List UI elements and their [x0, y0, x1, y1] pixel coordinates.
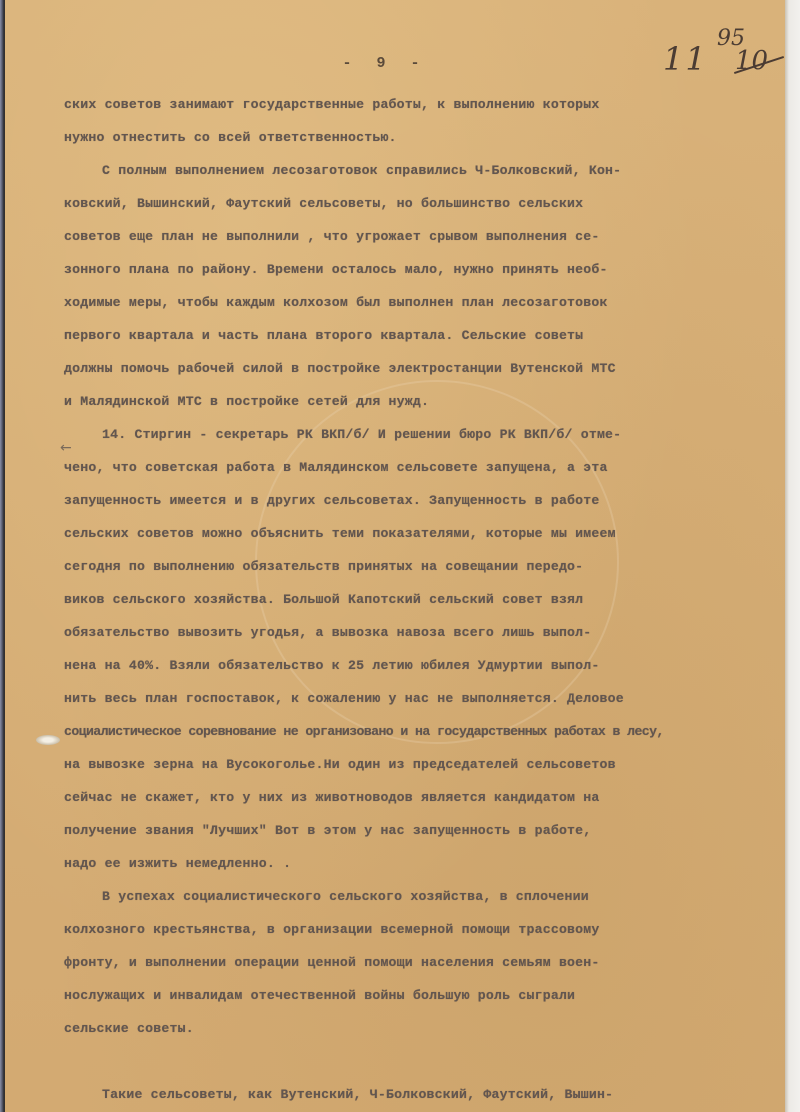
text-line — [64, 1045, 788, 1078]
typed-body-text: ских советов занимают государственные ра… — [64, 88, 788, 1111]
text-line: виков сельского хозяйства. Большой Капот… — [64, 583, 788, 616]
text-line: Такие сельсоветы, как Вутенский, Ч-Болко… — [64, 1078, 788, 1111]
text-line: ходимые меры, чтобы каждым колхозом был … — [64, 286, 788, 319]
text-line: С полным выполнением лесозаготовок справ… — [64, 154, 788, 187]
text-line: нослужащих и инвалидам отечественной вой… — [64, 979, 788, 1012]
text-line: ских советов занимают государственные ра… — [64, 88, 788, 121]
punch-hole — [36, 735, 60, 745]
text-line: социалистическое соревнование не организ… — [64, 715, 788, 748]
text-line: сельские советы. — [64, 1012, 788, 1045]
text-line: сегодня по выполнению обязательств приня… — [64, 550, 788, 583]
page-number: - 9 - — [330, 55, 440, 72]
text-line: первого квартала и часть плана второго к… — [64, 319, 788, 352]
text-line: колхозного крестьянства, в организации в… — [64, 913, 788, 946]
text-line: 14. Стиргин - секретарь РК ВКП/б/ И реше… — [64, 418, 788, 451]
text-line: надо ее изжить немедленно. . — [64, 847, 788, 880]
text-line: нужно отнестить со всей ответственностью… — [64, 121, 788, 154]
text-line: на вывозке зерна на Вусокоголье.Ни один … — [64, 748, 788, 781]
text-line: В успехах социалистического сельского хо… — [64, 880, 788, 913]
text-line: советов еще план не выполнили , что угро… — [64, 220, 788, 253]
text-line: сельских советов можно объяснить теми по… — [64, 517, 788, 550]
text-line: должны помочь рабочей силой в постройке … — [64, 352, 788, 385]
scanned-page: - 9 - 11 95 10 ← ских советов занимают г… — [0, 0, 800, 1112]
text-line: сейчас не скажет, кто у них из животново… — [64, 781, 788, 814]
text-line: запущенность имеется и в других сельсове… — [64, 484, 788, 517]
text-line: обязательство вывозить угодья, а вывозка… — [64, 616, 788, 649]
text-line: получение звания "Лучших" Вот в этом у н… — [64, 814, 788, 847]
text-line: фронту, и выполнении операции ценной пом… — [64, 946, 788, 979]
handwritten-archive-number: 11 95 10 — [655, 18, 785, 78]
archive-folio-number: 11 — [663, 40, 708, 78]
text-line: зонного плана по району. Времени осталос… — [64, 253, 788, 286]
text-line: ковский, Вышинский, Фаутский сельсоветы,… — [64, 187, 788, 220]
text-line: чено, что советская работа в Малядинском… — [64, 451, 788, 484]
text-line: нена на 40%. Взяли обязательство к 25 ле… — [64, 649, 788, 682]
text-line: нить весь план госпоставок, к сожалению … — [64, 682, 788, 715]
text-line: и Малядинской МТС в постройке сетей для … — [64, 385, 788, 418]
